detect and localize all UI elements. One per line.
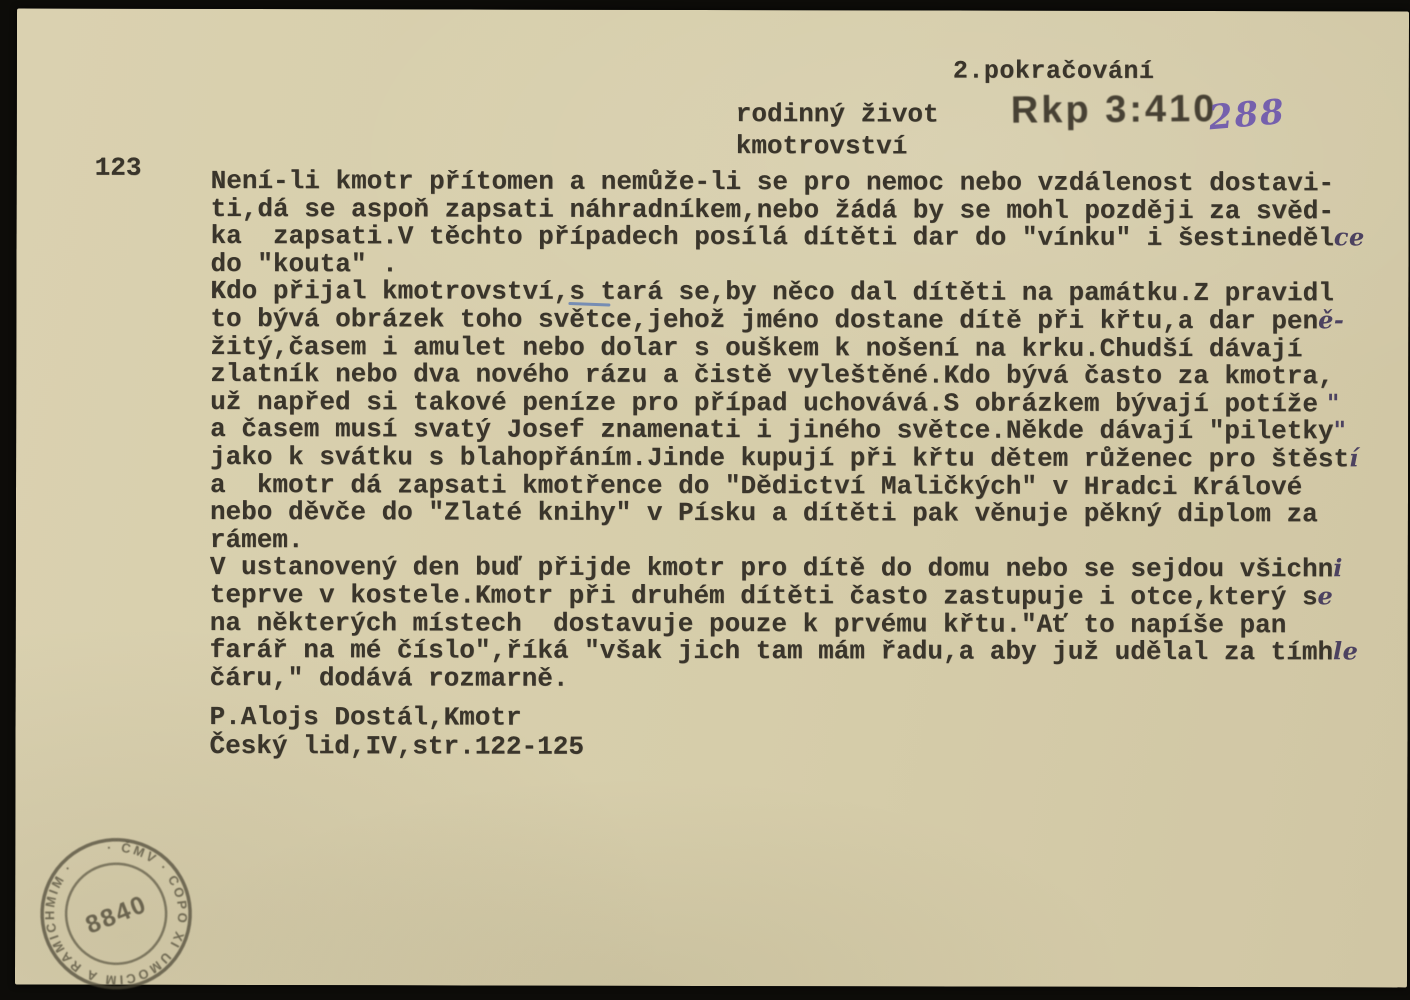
body-line: V ustanovený den buď přijde kmotr pro dí…: [210, 552, 1364, 582]
typed-text: nebo děvče do "Zlaté knihy" v Písku a dí…: [210, 497, 1318, 529]
handwritten-correction: le: [1333, 636, 1358, 665]
handwritten-correction: e: [1318, 581, 1334, 610]
source-line: Český lid,IV,str.122-125: [209, 731, 584, 760]
handwritten-correction: ce: [1334, 222, 1365, 251]
body-line: zlatník nebo dva nového rázu a čistě vyl…: [210, 359, 1364, 389]
body-line: už napřed si takové peníze pro případ uc…: [210, 387, 1364, 417]
handwritten-correction: ě-: [1318, 305, 1344, 334]
body-line: nebo děvče do "Zlaté knihy" v Písku a dí…: [210, 497, 1364, 527]
shelfmark-stamp: Rkp 3:410: [1011, 88, 1218, 133]
scanned-archive-card: 123 2.pokračování rodinný život kmotrovs…: [15, 9, 1409, 988]
continuation-label: 2.pokračování: [953, 57, 1155, 86]
author-line: P.Alojs Dostál,Kmotr: [210, 703, 585, 732]
body-line: Kdo přijal kmotrovství,s tará se,by něco…: [210, 276, 1364, 306]
body-line: do "kouta" .: [210, 249, 1364, 279]
handwritten-correction: ": [1318, 388, 1340, 417]
page-number: 123: [95, 153, 142, 183]
handwritten-correction: í: [1349, 443, 1359, 472]
handwritten-number: 288: [1207, 92, 1287, 138]
body-line: žitý,časem i amulet nebo dolar s ouškem …: [210, 332, 1364, 362]
body-line: rámem.: [210, 525, 1364, 555]
body-line: a časem musí svatý Josef znamenati i jin…: [210, 414, 1364, 444]
category-line-1: rodinný život: [736, 99, 939, 129]
typed-text: do "kouta" .: [210, 249, 397, 279]
body-line: ti,dá se aspoň zapsati náhradníkem,nebo …: [211, 194, 1365, 224]
stamp-center-number: 8840: [82, 890, 151, 940]
typed-text: rámem.: [210, 525, 304, 555]
body-line: jako k svátku s blahopřáním.Jinde kupují…: [210, 442, 1364, 472]
source-attribution: P.Alojs Dostál,Kmotr Český lid,IV,str.12…: [209, 703, 584, 761]
round-archive-stamp-icon: · ČMV · COPO XI UMOCIM A RAMICHMIM · 884…: [23, 820, 210, 1000]
body-line: farář na mé číslo",říká "však jich tam m…: [210, 635, 1364, 665]
handwritten-correction: ": [1334, 416, 1347, 445]
body-text: Není-li kmotr přítomen a nemůže-li se pr…: [210, 166, 1365, 693]
body-line: Není-li kmotr přítomen a nemůže-li se pr…: [211, 166, 1365, 196]
typed-text: čáru," dodává rozmarně.: [210, 663, 569, 694]
category-line-2: kmotrovství: [736, 131, 908, 161]
body-line: a kmotr dá zapsati kmotřence do "Dědictv…: [210, 469, 1364, 499]
body-line: ka zapsati.V těchto případech posílá dít…: [211, 221, 1365, 251]
handwritten-correction: i: [1333, 554, 1343, 583]
body-line: teprve v kostele.Kmotr při druhém dítěti…: [210, 580, 1364, 610]
body-line: na některých místech dostavuje pouze k p…: [210, 607, 1364, 637]
body-line: to bývá obrázek toho světce,jehož jméno …: [210, 304, 1364, 334]
body-line: čáru," dodává rozmarně.: [210, 663, 1364, 693]
